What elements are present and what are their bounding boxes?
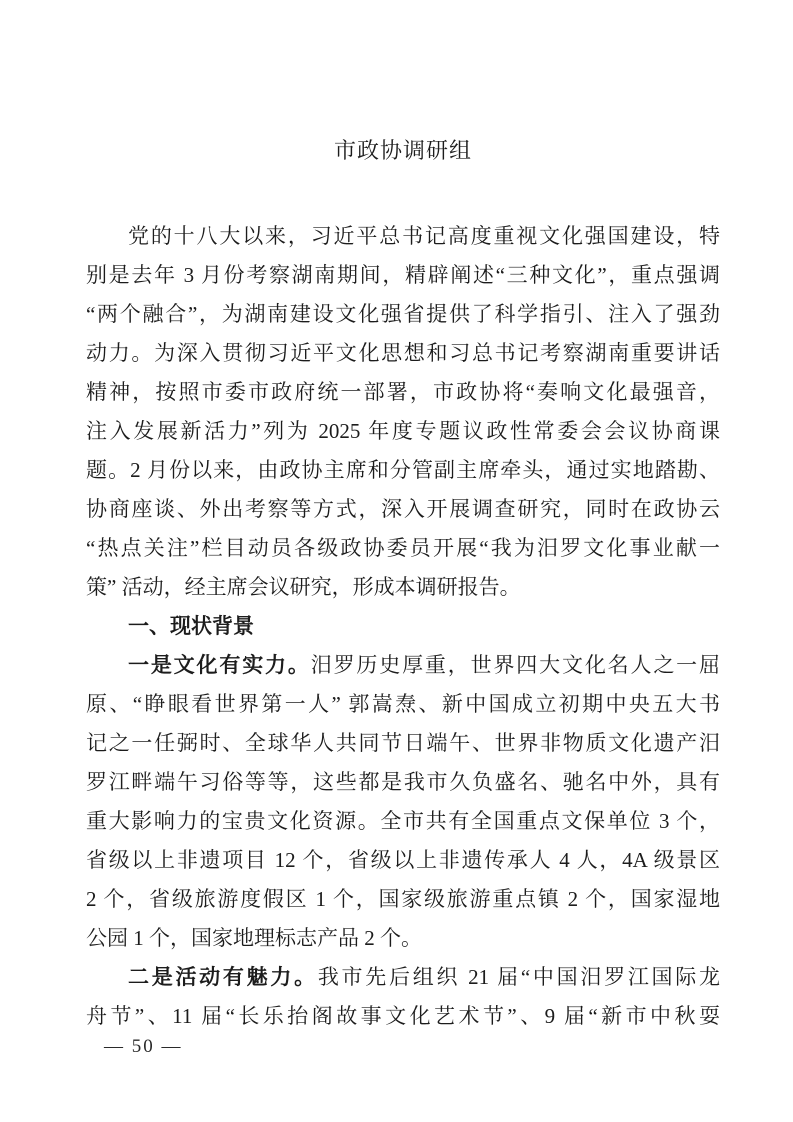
text-line: 动力。为深入贯彻习近平文化思想和习总书记考察湖南重要讲话 <box>86 334 720 373</box>
text-line: 一是文化有实力。汨罗历史厚重，世界四大文化名人之一屈 <box>86 646 720 685</box>
run-in-heading: 二是活动有魅力。 <box>128 965 318 989</box>
text-line: 题。2 月份以来，由政协主席和分管副主席牵头，通过实地踏勘、 <box>86 451 720 490</box>
text-line: 注入发展新活力”列为 2025 年度专题议政性常委会会议协商课 <box>86 412 720 451</box>
text-line: 记之一任弼时、全球华人共同节日端午、世界非物质文化遗产汨 <box>86 724 720 763</box>
text-line: 舟节”、11 届“长乐抬阁故事文化艺术节”、9 届“新市中秋耍 <box>86 997 720 1036</box>
title-spacer <box>86 171 720 217</box>
text-line: “热点关注”栏目动员各级政协委员开展“我为汨罗文化事业献一 <box>86 529 720 568</box>
text-line: 协商座谈、外出考察等方式，深入开展调查研究，同时在政协云 <box>86 490 720 529</box>
section-heading: 一、现状背景 <box>86 607 720 646</box>
text-line: 党的十八大以来，习近平总书记高度重视文化强国建设，特 <box>86 217 720 256</box>
text-line: 2 个，省级旅游度假区 1 个，国家级旅游重点镇 2 个，国家湿地 <box>86 880 720 919</box>
text-line: 别是去年 3 月份考察湖南期间，精辟阐述“三种文化”，重点强调 <box>86 256 720 295</box>
document-page: 市政协调研组 党的十八大以来，习近平总书记高度重视文化强国建设，特别是去年 3 … <box>0 0 793 1122</box>
text-line: “两个融合”，为湖南建设文化强省提供了科学指引、注入了强劲 <box>86 295 720 334</box>
document-content: 市政协调研组 党的十八大以来，习近平总书记高度重视文化强国建设，特别是去年 3 … <box>86 131 720 1036</box>
document-title: 市政协调研组 <box>86 131 720 171</box>
text-line: 省级以上非遗项目 12 个，省级以上非遗传承人 4 人，4A 级景区 <box>86 841 720 880</box>
text-line: 罗江畔端午习俗等等，这些都是我市久负盛名、驰名中外，具有 <box>86 763 720 802</box>
text-line: 二是活动有魅力。我市先后组织 21 届“中国汨罗江国际龙 <box>86 958 720 997</box>
page-number: — 50 — <box>104 1034 183 1060</box>
text-line: 重大影响力的宝贵文化资源。全市共有全国重点文保单位 3 个， <box>86 802 720 841</box>
text-line: 公园 1 个，国家地理标志产品 2 个。 <box>86 919 720 958</box>
document-lines: 党的十八大以来，习近平总书记高度重视文化强国建设，特别是去年 3 月份考察湖南期… <box>86 217 720 1036</box>
text-line: 精神，按照市委市政府统一部署，市政协将“奏响文化最强音， <box>86 373 720 412</box>
text-line: 原、“睁眼看世界第一人” 郭嵩焘、新中国成立初期中央五大书 <box>86 685 720 724</box>
text-line: 策” 活动，经主席会议研究，形成本调研报告。 <box>86 568 720 607</box>
run-in-heading: 一是文化有实力。 <box>128 653 311 677</box>
